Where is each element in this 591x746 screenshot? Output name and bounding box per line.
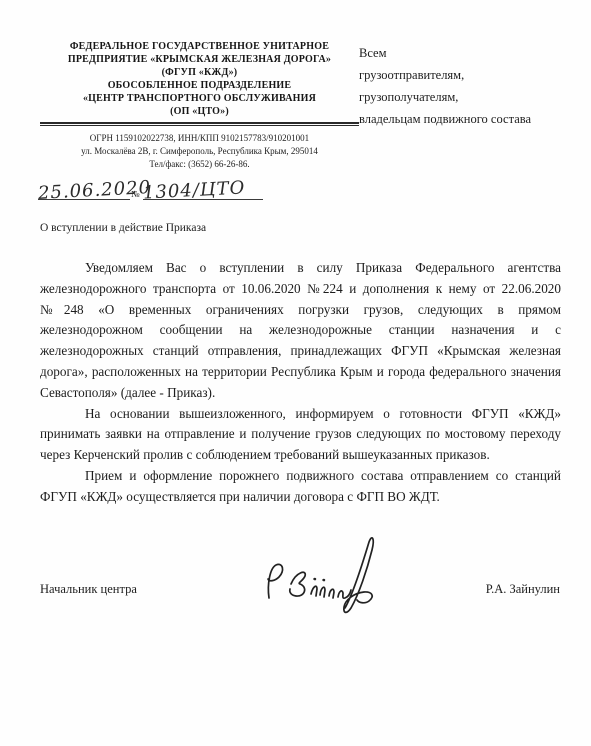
handwritten-number: 1304/ЦТО bbox=[142, 177, 245, 203]
letter-body: Уведомляем Вас о вступлении в силу Прика… bbox=[40, 258, 561, 508]
date-field: 25.06.2020 bbox=[38, 170, 130, 200]
addressee-line: Всем bbox=[359, 42, 569, 64]
org-division-abbr-line: (ОП «ЦТО») bbox=[40, 105, 359, 118]
signature-block: Начальник центра Р.А. Зайнулин bbox=[40, 582, 560, 602]
org-name-line: ФЕДЕРАЛЬНОЕ ГОСУДАРСТВЕННОЕ УНИТАРНОЕ bbox=[40, 40, 359, 53]
number-field: 1304/ЦТО bbox=[143, 170, 263, 200]
body-paragraph: На основании вышеизложенного, информируе… bbox=[40, 404, 561, 466]
letter-header: ФЕДЕРАЛЬНОЕ ГОСУДАРСТВЕННОЕ УНИТАРНОЕ ПР… bbox=[40, 40, 569, 171]
addressee-line: грузоотправителям, bbox=[359, 64, 569, 86]
signer-position: Начальник центра bbox=[40, 582, 137, 597]
subject-line: О вступлении в действие Приказа bbox=[40, 222, 206, 234]
address-line: ул. Москалёва 2В, г. Симферополь, Респуб… bbox=[40, 145, 359, 158]
org-name-line: ПРЕДПРИЯТИЕ «КРЫМСКАЯ ЖЕЛЕЗНАЯ ДОРОГА» bbox=[40, 53, 359, 66]
ogrn-inn-line: ОГРН 1159102022738, ИНН/КПП 9102157783/9… bbox=[40, 132, 359, 145]
org-division-line: «ЦЕНТР ТРАНСПОРТНОГО ОБСЛУЖИВАНИЯ bbox=[40, 92, 359, 105]
reference-line: 25.06.2020 № 1304/ЦТО bbox=[38, 170, 263, 200]
addressee-block: Всем грузоотправителям, грузополучателям… bbox=[359, 40, 569, 171]
body-paragraph: Прием и оформление порожнего подвижного … bbox=[40, 466, 561, 508]
org-division-line: ОБОСОБЛЕННОЕ ПОДРАЗДЕЛЕНИЕ bbox=[40, 79, 359, 92]
org-abbr-line: (ФГУП «КЖД») bbox=[40, 66, 359, 79]
letterhead-block: ФЕДЕРАЛЬНОЕ ГОСУДАРСТВЕННОЕ УНИТАРНОЕ ПР… bbox=[40, 40, 359, 171]
body-paragraph: Уведомляем Вас о вступлении в силу Прика… bbox=[40, 258, 561, 404]
addressee-line: владельцам подвижного состава bbox=[359, 108, 569, 130]
addressee-line: грузополучателям, bbox=[359, 86, 569, 108]
signature-image bbox=[255, 532, 405, 627]
letter-page: ФЕДЕРАЛЬНОЕ ГОСУДАРСТВЕННОЕ УНИТАРНОЕ ПР… bbox=[0, 0, 591, 746]
contact-block: ОГРН 1159102022738, ИНН/КПП 9102157783/9… bbox=[40, 132, 359, 171]
letterhead-divider bbox=[40, 122, 359, 126]
signer-name: Р.А. Зайнулин bbox=[486, 582, 560, 597]
